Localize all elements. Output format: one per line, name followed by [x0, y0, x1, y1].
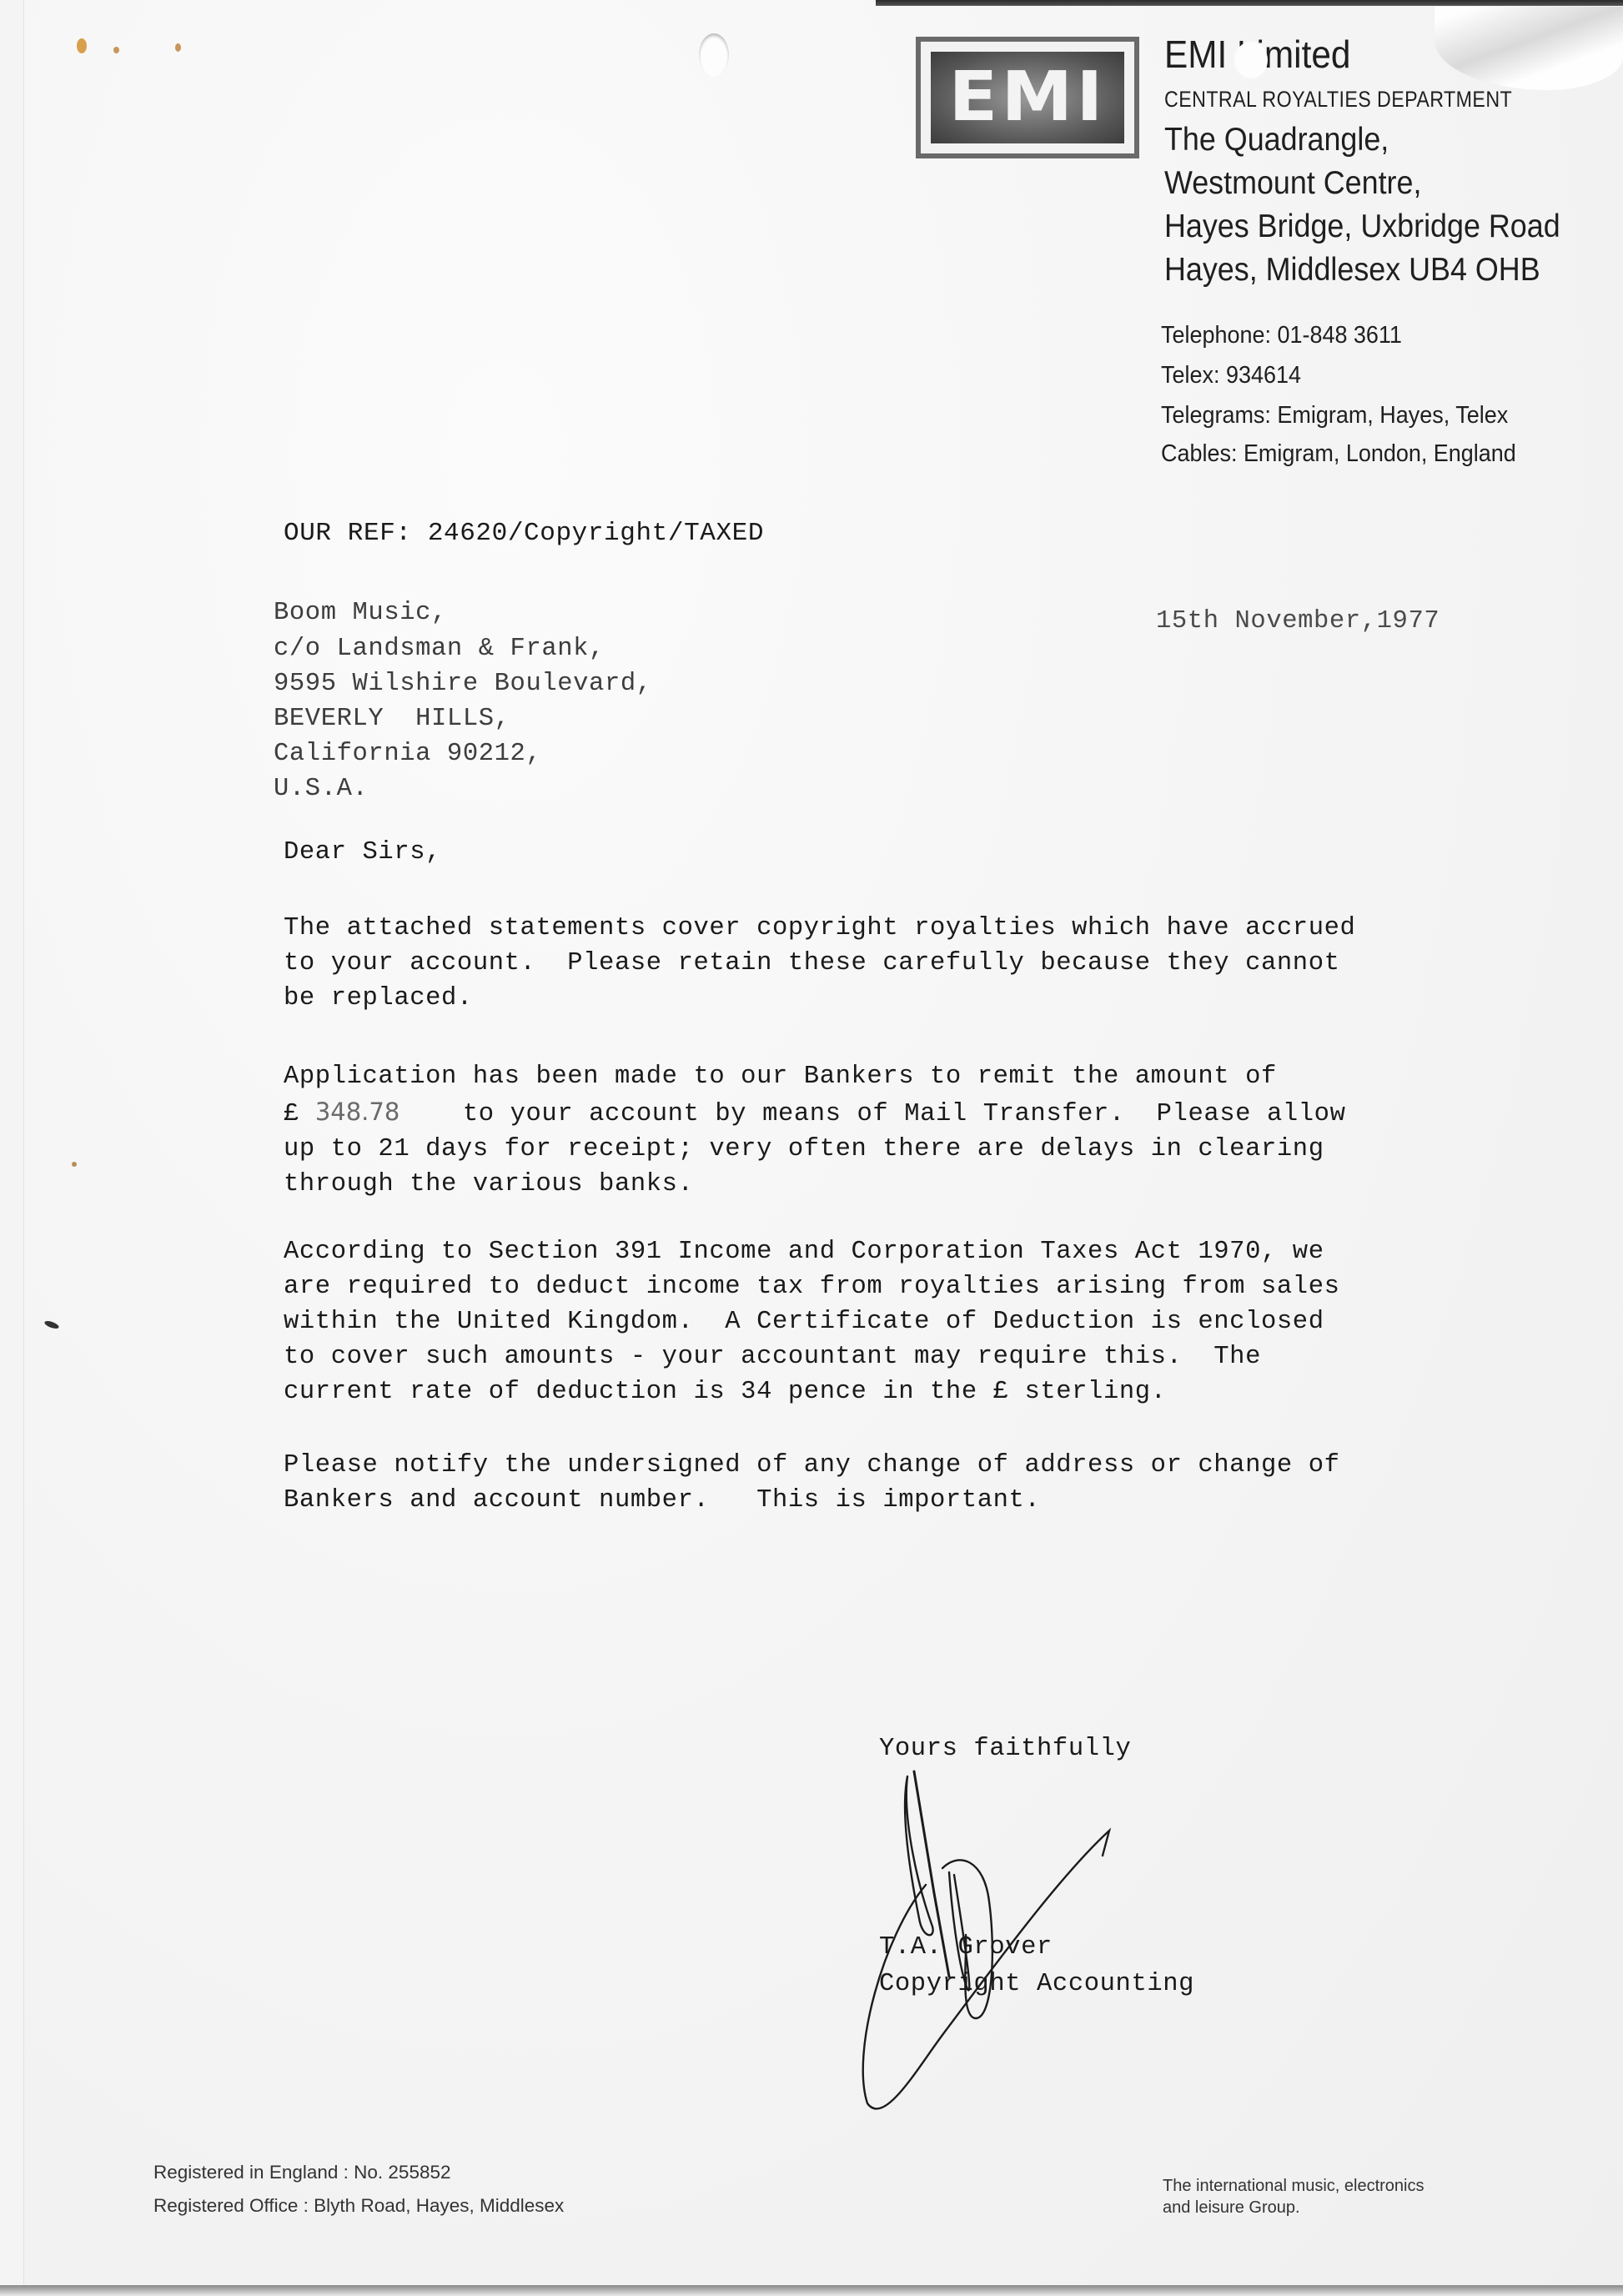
- reference-line: OUR REF: 24620/Copyright/TAXED: [284, 519, 764, 548]
- recipient-address-line: U.S.A.: [274, 775, 368, 803]
- letterhead-address-line: Hayes Bridge, Uxbridge Road: [1164, 208, 1560, 245]
- letterhead-address-line: Westmount Centre,: [1164, 165, 1421, 202]
- paragraph-tax-deduction: According to Section 391 Income and Corp…: [284, 1234, 1340, 1409]
- letterhead-address-line: Hayes, Middlesex UB4 OHB: [1164, 252, 1540, 289]
- telephone: Telephone: 01-848 3611: [1161, 322, 1402, 349]
- rust-stain: [113, 47, 119, 53]
- recipient-address-line: Boom Music,: [274, 599, 447, 627]
- paragraph-statements: The attached statements cover copyright …: [284, 911, 1355, 1016]
- paragraph-notify: Please notify the undersigned of any cha…: [284, 1448, 1340, 1518]
- cables: Cables: Emigram, London, England: [1161, 440, 1516, 468]
- currency-symbol: £: [284, 1100, 315, 1128]
- paragraph-remittance: Application has been made to our Bankers…: [284, 1059, 1345, 1202]
- scan-top-edge: [876, 0, 1623, 6]
- group-tagline: The international music, electronics: [1163, 2177, 1424, 2196]
- closing: Yours faithfully: [879, 1735, 1131, 1763]
- recipient-address-line: California 90212,: [274, 740, 541, 768]
- signer-name: T.A. Grover: [879, 1933, 1053, 1962]
- scan-bottom-edge: [0, 2285, 1623, 2296]
- rust-stain: [175, 43, 181, 52]
- remittance-rest: to your account by means of Mail Transfe…: [284, 1100, 1345, 1198]
- telex: Telex: 934614: [1161, 362, 1301, 389]
- salutation: Dear Sirs,: [284, 838, 441, 867]
- emi-logo-badge: EMI: [931, 52, 1124, 143]
- punch-hole: [699, 33, 729, 77]
- recipient-address-line: c/o Landsman & Frank,: [274, 635, 605, 663]
- remittance-line-1: Application has been made to our Bankers…: [284, 1063, 1277, 1091]
- punch-hole: [1234, 42, 1268, 78]
- group-tagline: and leisure Group.: [1163, 2198, 1300, 2218]
- registered-office: Registered Office : Blyth Road, Hayes, M…: [153, 2195, 564, 2217]
- remittance-amount: 348.78: [315, 1098, 399, 1126]
- department-name: CENTRAL ROYALTIES DEPARTMENT: [1164, 87, 1512, 113]
- recipient-address-line: BEVERLY HILLS,: [274, 705, 510, 733]
- rust-stain: [72, 1162, 77, 1167]
- telegrams: Telegrams: Emigram, Hayes, Telex: [1161, 402, 1508, 430]
- letter-date: 15th November,1977: [1156, 607, 1440, 636]
- signer-title: Copyright Accounting: [879, 1970, 1194, 1998]
- recipient-address-line: 9595 Wilshire Boulevard,: [274, 670, 652, 698]
- rust-stain: [77, 38, 87, 53]
- emi-logo: EMI: [916, 37, 1139, 158]
- emi-logo-text: EMI: [948, 63, 1106, 132]
- letterhead-address-line: The Quadrangle,: [1164, 122, 1389, 158]
- registration-number: Registered in England : No. 255852: [153, 2162, 451, 2183]
